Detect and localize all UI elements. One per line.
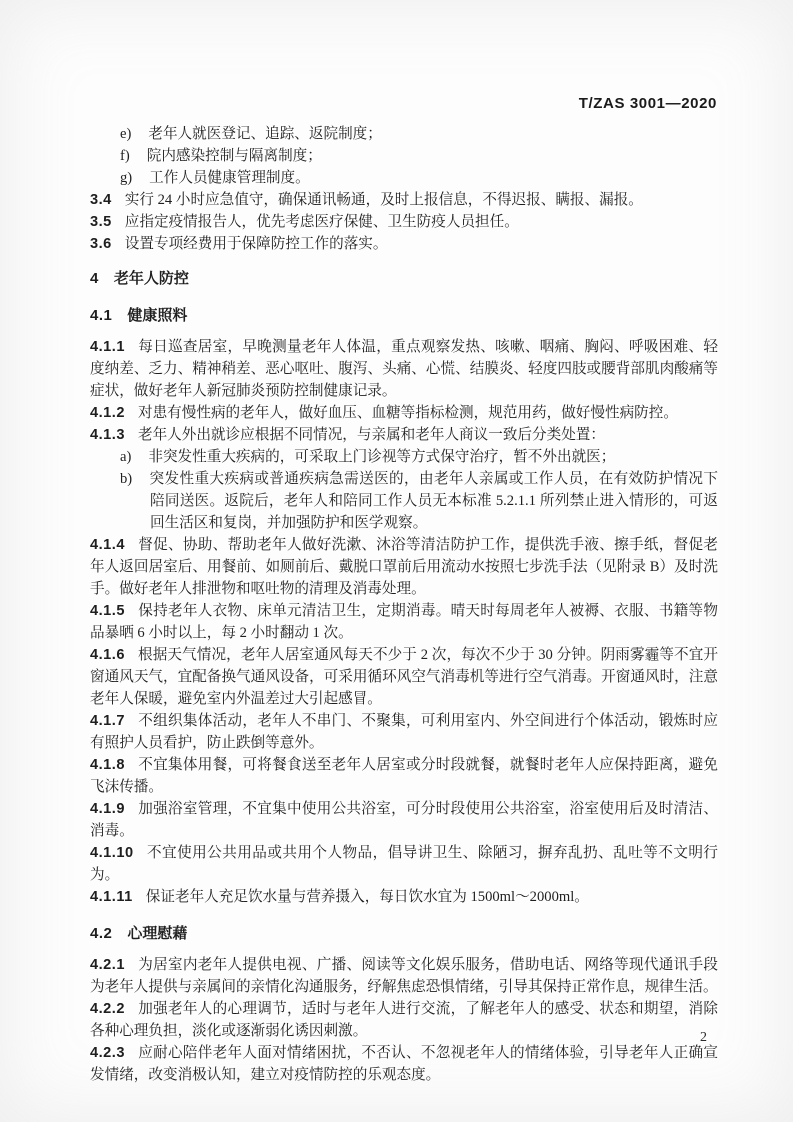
clause-text: 不宜使用公共用品或共用个人物品，倡导讲卫生、除陋习，摒弃乱扔、乱吐等不文明行为。	[90, 845, 718, 883]
clause-text: 应指定疫情报告人，优先考虑医疗保健、卫生防疫人员担任。	[125, 214, 519, 230]
clause-number: 4.2.2	[90, 1001, 125, 1017]
section-heading: 4.1健康照料	[90, 305, 718, 327]
clause-number: 4.1.5	[90, 603, 125, 619]
clause-number: 4.2	[90, 925, 112, 942]
clause-text: 突发性重大疾病或普通疾病急需送医的，由老年人亲属或工作人员，在有效防护情况下陪同…	[149, 471, 718, 531]
chapter-heading: 4老年人防控	[90, 268, 718, 290]
clause-paragraph: 3.6设置专项经费用于保障防控工作的落实。	[90, 233, 718, 255]
clause-paragraph: 4.1.3老年人外出就诊应根据不同情况，与亲属和老年人商议一致后分类处置：	[90, 424, 718, 446]
clause-text: 加强老年人的心理调节，适时与老年人进行交流，了解老年人的感受、状态和期望，消除各…	[90, 1001, 718, 1039]
clause-text: 不宜集体用餐，可将餐食送至老年人居室或分时段就餐，就餐时老年人应保持距离，避免飞…	[90, 757, 718, 795]
list-item: g)工作人员健康管理制度。	[90, 167, 718, 189]
standard-number: T/ZAS 3001—2020	[579, 95, 717, 112]
clause-paragraph: 4.1.10不宜使用公共用品或共用个人物品，倡导讲卫生、除陋习，摒弃乱扔、乱吐等…	[90, 842, 718, 886]
list-item: b)突发性重大疾病或普通疾病急需送医的，由老年人亲属或工作人员，在有效防护情况下…	[90, 468, 718, 534]
clause-text: 老年人就医登记、追踪、返院制度；	[148, 126, 382, 142]
clause-number: 4.1.3	[90, 427, 125, 443]
clause-number: 4.1.9	[90, 801, 125, 817]
clause-number: b)	[120, 471, 132, 487]
clause-paragraph: 4.1.5保持老年人衣物、床单元清洁卫生，定期消毒。晴天时每周老年人被褥、衣服、…	[90, 600, 718, 644]
clause-number: f)	[120, 148, 130, 164]
clause-text: 工作人员健康管理制度。	[149, 170, 310, 186]
clause-paragraph: 4.2.3应耐心陪伴老年人面对情绪困扰，不否认、不忽视老年人的情绪体验，引导老年…	[90, 1042, 718, 1086]
clause-text: 保持老年人衣物、床单元清洁卫生，定期消毒。晴天时每周老年人被褥、衣服、书籍等物品…	[90, 603, 718, 641]
clause-paragraph: 4.1.11保证老年人充足饮水量与营养摄入，每日饮水宜为 1500ml～2000…	[90, 886, 718, 908]
list-item: f)院内感染控制与隔离制度；	[90, 145, 718, 167]
clause-number: 4.1.7	[90, 713, 125, 729]
clause-text: 老年人外出就诊应根据不同情况，与亲属和老年人商议一致后分类处置：	[138, 427, 605, 443]
clause-number: 4.1	[90, 307, 112, 324]
clause-number: g)	[120, 170, 132, 186]
clause-text: 设置专项经费用于保障防控工作的落实。	[125, 236, 388, 252]
clause-paragraph: 4.1.8不宜集体用餐，可将餐食送至老年人居室或分时段就餐，就餐时老年人应保持距…	[90, 754, 718, 798]
clause-paragraph: 4.1.9加强浴室管理，不宜集中使用公共浴室，可分时段使用公共浴室，浴室使用后及…	[90, 798, 718, 842]
clause-number: 4.1.2	[90, 405, 125, 421]
clause-paragraph: 4.1.7不组织集体活动，老年人不串门、不聚集，可利用室内、外空间进行个体活动，…	[90, 710, 718, 754]
clause-text: 应耐心陪伴老年人面对情绪困扰，不否认、不忽视老年人的情绪体验，引导老年人正确宣发…	[90, 1045, 718, 1083]
clause-text: 督促、协助、帮助老年人做好洗漱、沐浴等清洁防护工作，提供洗手液、擦手纸，督促老年…	[90, 537, 718, 597]
clause-text: 每日巡查居室，早晚测量老年人体温，重点观察发热、咳嗽、咽痛、胸闷、呼吸困难、轻度…	[90, 339, 718, 399]
clause-text: 非突发性重大疾病的，可采取上门诊视等方式保守治疗，暂不外出就医；	[148, 449, 615, 465]
clause-number: 4.2.3	[90, 1045, 125, 1061]
clause-paragraph: 3.5应指定疫情报告人，优先考虑医疗保健、卫生防疫人员担任。	[90, 211, 718, 233]
page-number: 2	[700, 1030, 707, 1046]
clause-number: 3.4	[90, 192, 112, 208]
clause-text: 心理慰藉	[127, 925, 187, 942]
clause-number: 4.1.8	[90, 757, 125, 773]
clause-paragraph: 4.1.6根据天气情况，老年人居室通风每天不少于 2 次，每次不少于 30 分钟…	[90, 644, 718, 710]
section-heading: 4.2心理慰藉	[90, 923, 718, 945]
clause-text: 保证老年人充足饮水量与营养摄入，每日饮水宜为 1500ml～2000ml。	[146, 889, 589, 905]
clause-text: 根据天气情况，老年人居室通风每天不少于 2 次，每次不少于 30 分钟。阴雨雾霾…	[90, 647, 718, 707]
clause-paragraph: 4.1.1每日巡查居室，早晚测量老年人体温，重点观察发热、咳嗽、咽痛、胸闷、呼吸…	[90, 336, 718, 402]
list-item: e)老年人就医登记、追踪、返院制度；	[90, 123, 718, 145]
clause-number: 3.6	[90, 236, 112, 252]
clause-text: 健康照料	[127, 307, 187, 324]
clause-number: 4.2.1	[90, 957, 125, 973]
clause-paragraph: 4.1.2对患有慢性病的老年人，做好血压、血糖等指标检测，规范用药，做好慢性病防…	[90, 402, 718, 424]
clause-text: 老年人防控	[114, 270, 189, 287]
clause-number: e)	[120, 126, 131, 142]
clause-number: 4.1.10	[90, 845, 134, 861]
clause-paragraph: 4.1.4督促、协助、帮助老年人做好洗漱、沐浴等清洁防护工作，提供洗手液、擦手纸…	[90, 534, 718, 600]
clause-text: 不组织集体活动，老年人不串门、不聚集，可利用室内、外空间进行个体活动，锻炼时应有…	[90, 713, 718, 751]
list-item: a)非突发性重大疾病的，可采取上门诊视等方式保守治疗，暂不外出就医；	[90, 446, 718, 468]
clause-paragraph: 4.2.1为居室内老年人提供电视、广播、阅读等文化娱乐服务，借助电话、网络等现代…	[90, 954, 718, 998]
clause-text: 为居室内老年人提供电视、广播、阅读等文化娱乐服务，借助电话、网络等现代通讯手段为…	[90, 957, 718, 995]
clause-text: 院内感染控制与隔离制度；	[147, 148, 322, 164]
clause-number: 4	[90, 270, 99, 287]
clause-number: 3.5	[90, 214, 112, 230]
clause-number: a)	[120, 449, 131, 465]
document-page: T/ZAS 3001—2020 e)老年人就医登记、追踪、返院制度；f)院内感染…	[0, 0, 793, 1122]
clause-number: 4.1.4	[90, 537, 125, 553]
clause-paragraph: 4.2.2加强老年人的心理调节，适时与老年人进行交流，了解老年人的感受、状态和期…	[90, 998, 718, 1042]
clause-text: 实行 24 小时应急值守，确保通讯畅通，及时上报信息，不得迟报、瞒报、漏报。	[125, 192, 643, 208]
clause-number: 4.1.1	[90, 339, 125, 355]
clause-number: 4.1.11	[90, 889, 133, 905]
clause-number: 4.1.6	[90, 647, 125, 663]
document-body: e)老年人就医登记、追踪、返院制度；f)院内感染控制与隔离制度；g)工作人员健康…	[90, 123, 718, 1086]
clause-text: 加强浴室管理，不宜集中使用公共浴室，可分时段使用公共浴室，浴室使用后及时清洁、消…	[90, 801, 718, 839]
clause-text: 对患有慢性病的老年人，做好血压、血糖等指标检测，规范用药，做好慢性病防控。	[138, 405, 678, 421]
clause-paragraph: 3.4实行 24 小时应急值守，确保通讯畅通，及时上报信息，不得迟报、瞒报、漏报…	[90, 189, 718, 211]
